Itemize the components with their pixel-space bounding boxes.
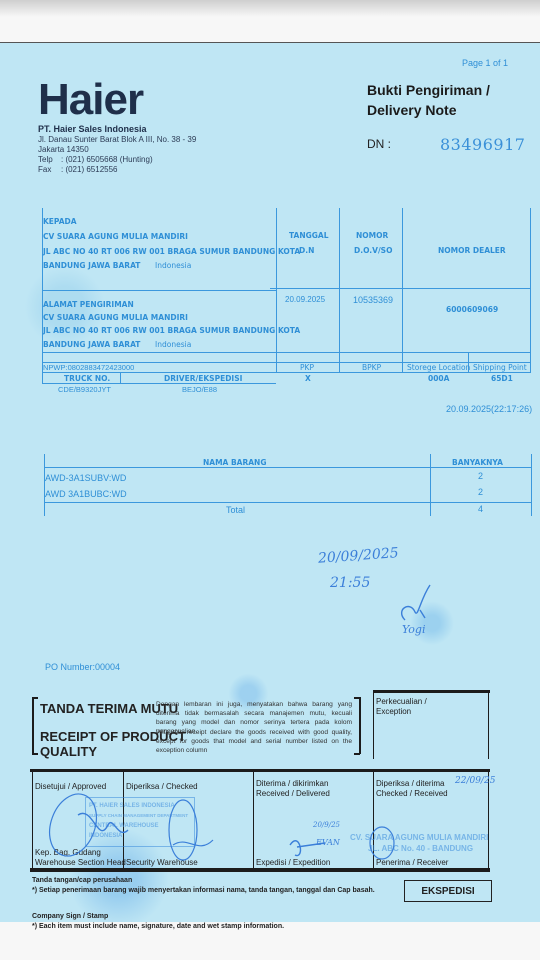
dealer-value: 6000609069 bbox=[446, 305, 498, 314]
received-label-1: Diperiksa / diterima bbox=[376, 779, 444, 789]
table-line bbox=[44, 454, 45, 516]
table-line bbox=[270, 288, 531, 289]
shipping-point-value: 65D1 bbox=[491, 374, 513, 383]
shipping-country: Indonesia bbox=[155, 340, 191, 349]
dn-number: 83496917 bbox=[440, 135, 525, 154]
table-line bbox=[276, 208, 277, 372]
approval-signatures-icon bbox=[38, 785, 248, 865]
bracket-line bbox=[354, 753, 360, 755]
recipient-address-1: JL ABC NO 40 RT 006 RW 001 BRAGA SUMUR B… bbox=[43, 247, 300, 256]
table-line bbox=[339, 208, 340, 372]
footer-note-en: *) Each item must include name, signatur… bbox=[32, 923, 284, 930]
nomor-label: NOMOR bbox=[356, 231, 388, 240]
total-value: 4 bbox=[478, 504, 483, 514]
item-qty: 2 bbox=[478, 471, 483, 481]
driver-value: BEJO/E88 bbox=[182, 385, 217, 394]
table-line bbox=[44, 502, 532, 503]
exception-border bbox=[373, 693, 374, 759]
recipient-city: BANDUNG JAWA BARAT bbox=[43, 261, 140, 270]
signature-grid-bottom bbox=[30, 868, 490, 872]
telp-label: Telp bbox=[38, 155, 61, 165]
total-label: Total bbox=[226, 505, 245, 515]
dealer-label: NOMOR DEALER bbox=[438, 246, 506, 255]
po-number: PO Number:00004 bbox=[45, 662, 120, 672]
shipping-label: ALAMAT PENGIRIMAN bbox=[43, 300, 134, 309]
expedition-signature-icon bbox=[285, 825, 405, 865]
handwritten-expedition-date: 20/9/25 bbox=[313, 821, 340, 829]
fax-row: Fax : (021) 6512556 bbox=[38, 165, 196, 175]
exception-label-1: Perkecualian / bbox=[376, 697, 427, 707]
table-line bbox=[44, 467, 532, 468]
received-label-2: Checked / Received bbox=[376, 789, 448, 799]
recipient-address-2: BANDUNG JAWA BARAT Indonesia bbox=[43, 261, 191, 270]
pkp-label: PKP bbox=[300, 363, 314, 372]
fax-value: : (021) 6512556 bbox=[61, 165, 118, 175]
address-city: Jakarta 14350 bbox=[38, 145, 196, 155]
tanggal-value: 20.09.2025 bbox=[285, 295, 325, 304]
nomor-sub-label: D.O.V/SO bbox=[354, 246, 392, 255]
title-line-1: Bukti Pengiriman / bbox=[367, 80, 490, 100]
truck-label: TRUCK NO. bbox=[64, 374, 110, 383]
exception-top-bar bbox=[373, 690, 490, 693]
storage-location-label: Storege Location bbox=[407, 363, 470, 372]
bracket-line bbox=[359, 697, 361, 754]
exception-border bbox=[488, 693, 489, 759]
title-line-2: Delivery Note bbox=[367, 100, 490, 120]
table-line bbox=[120, 372, 121, 383]
handwritten-name: Yogi bbox=[402, 623, 426, 636]
scan-top-margin bbox=[0, 0, 540, 42]
npwp: NPWP:0802883472423000 bbox=[43, 363, 134, 372]
table-line bbox=[430, 454, 431, 516]
table-line bbox=[42, 352, 531, 353]
delivered-label-1: Diterima / dikirimkan bbox=[256, 779, 328, 789]
item-name: AWD-3A1SUBV:WD bbox=[45, 473, 126, 483]
exception-label: Perkecualian / Exception bbox=[376, 697, 427, 717]
table-line bbox=[42, 372, 531, 373]
copy-label-ekspedisi: EKSPEDISI bbox=[404, 880, 492, 902]
shipping-city: BANDUNG JAWA BARAT bbox=[43, 340, 140, 349]
quality-text-en: With this receipt declare the goods rece… bbox=[156, 728, 352, 755]
haier-logo: Haier bbox=[38, 78, 143, 122]
fax-label: Fax bbox=[38, 165, 61, 175]
footer-sign-en: Company Sign / Stamp bbox=[32, 913, 108, 920]
company-address: Jl. Danau Sunter Barat Blok A III, No. 3… bbox=[38, 135, 196, 175]
item-qty: 2 bbox=[478, 487, 483, 497]
handwritten-received-date: 22/09/25 bbox=[455, 776, 495, 786]
truck-value: CDE/B9320JYT bbox=[58, 385, 111, 394]
dn-label: DN : bbox=[367, 137, 391, 151]
telp-row: Telp : (021) 6505668 (Hunting) bbox=[38, 155, 196, 165]
delivered-label-2: Received / Delivered bbox=[256, 789, 330, 799]
nomor-value: 10535369 bbox=[353, 295, 393, 305]
handwritten-expedition-name: EVAN bbox=[316, 838, 340, 847]
signature-grid-top bbox=[30, 769, 490, 772]
table-line bbox=[402, 208, 403, 372]
col-nama-barang: NAMA BARANG bbox=[203, 458, 267, 467]
recipient-label: KEPADA bbox=[43, 217, 77, 226]
pkp-value: X bbox=[305, 374, 311, 383]
shipping-point-label: Shipping Point bbox=[473, 363, 527, 372]
table-line bbox=[530, 208, 531, 372]
tanggal-label: TANGGAL bbox=[289, 231, 329, 240]
storage-location-value: 000A bbox=[428, 374, 449, 383]
tanggal-sub-label: D.N bbox=[299, 246, 314, 255]
handwritten-time: 21:55 bbox=[330, 575, 370, 591]
table-line bbox=[42, 290, 276, 291]
exception-label-2: Exception bbox=[376, 707, 427, 717]
signature-divider bbox=[253, 772, 254, 868]
shipping-address-2: BANDUNG JAWA BARAT Indonesia bbox=[43, 340, 191, 349]
bracket-line bbox=[32, 697, 34, 754]
bracket-line bbox=[32, 753, 38, 755]
driver-label: DRIVER/EKSPEDISI bbox=[164, 374, 242, 383]
bracket-line bbox=[354, 697, 360, 699]
bracket-line bbox=[32, 697, 38, 699]
address-line: Jl. Danau Sunter Barat Blok A III, No. 3… bbox=[38, 135, 196, 145]
signature-divider bbox=[32, 772, 33, 868]
item-name: AWD 3A1BUBC:WD bbox=[45, 489, 127, 499]
footer-sign-id: Tanda tangan/cap perusahaan bbox=[32, 877, 132, 884]
table-line bbox=[531, 454, 532, 516]
recipient-name: CV SUARA AGUNG MULIA MANDIRI bbox=[43, 232, 188, 241]
recipient-country: Indonesia bbox=[155, 261, 191, 270]
shipping-address-1: JL ABC NO 40 RT 006 RW 001 BRAGA SUMUR B… bbox=[43, 326, 300, 335]
footer-note-id: *) Setiap penerimaan barang wajib menyer… bbox=[32, 887, 375, 894]
page-indicator: Page 1 of 1 bbox=[462, 58, 508, 68]
shipping-name: CV SUARA AGUNG MULIA MANDIRI bbox=[43, 313, 188, 322]
col-banyaknya: BANYAKNYA bbox=[452, 458, 503, 467]
bpkp-label: BPKP bbox=[362, 363, 381, 372]
quality-title-en-2: QUALITY bbox=[40, 744, 97, 759]
document-title: Bukti Pengiriman / Delivery Note bbox=[367, 80, 490, 120]
company-name: PT. Haier Sales Indonesia bbox=[38, 124, 147, 134]
telp-value: : (021) 6505668 (Hunting) bbox=[61, 155, 153, 165]
table-line bbox=[42, 383, 276, 384]
printed-timestamp: 20.09.2025(22:17:26) bbox=[446, 404, 532, 414]
